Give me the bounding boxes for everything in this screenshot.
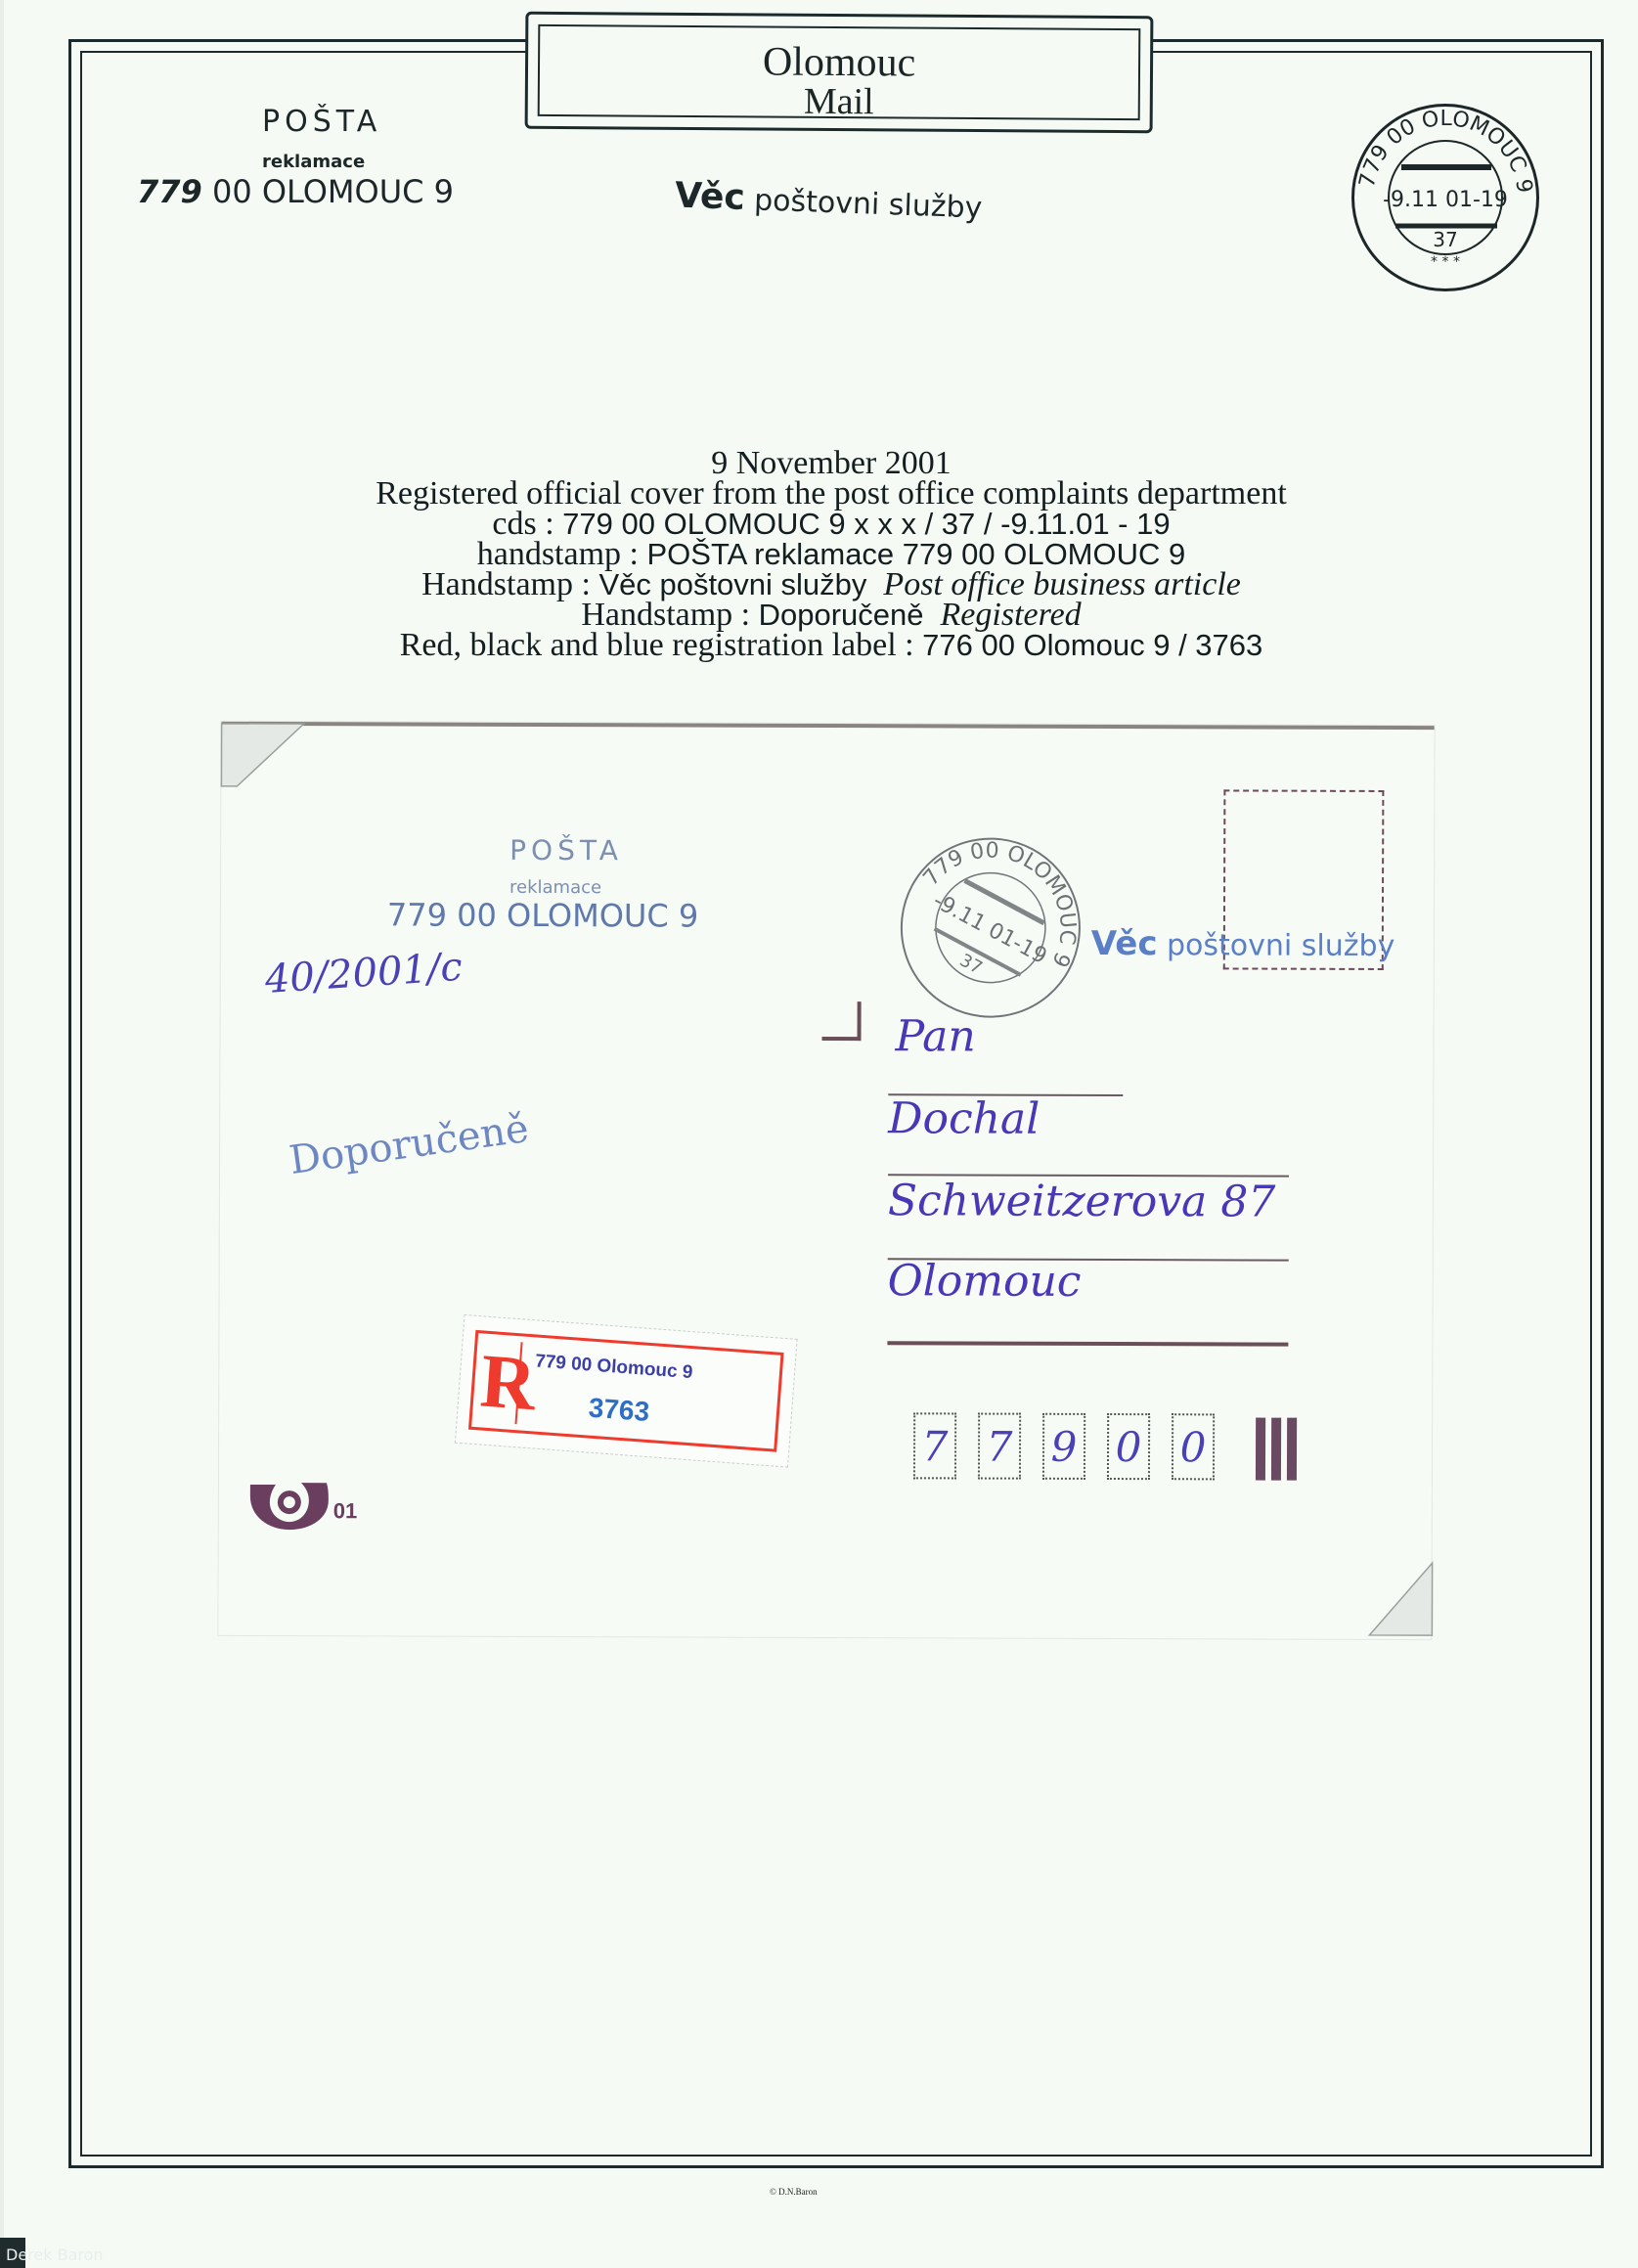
posta-title: POŠTA [262, 105, 381, 139]
envelope-vec-handstamp: Věc poštovni služby [1091, 924, 1395, 964]
page-title-box: Olomouc Mail [525, 12, 1154, 133]
postcode-digit: 0 [1107, 1413, 1150, 1480]
cds-postmark-illustration: -9.11 01-19 37 * * * 779 00 OLOMOUC 9 [1351, 104, 1539, 291]
registration-r-mark: R [478, 1339, 523, 1424]
photo-corner-icon [219, 722, 307, 790]
watermark: Derek Baron [6, 2246, 104, 2264]
logo-number: 01 [333, 1498, 358, 1524]
address-rule [887, 1341, 1288, 1346]
svg-text:* * *: * * * [1431, 254, 1460, 270]
scan-edge [0, 0, 4, 2268]
registration-label: R 779 00 Olomouc 9 3763 [455, 1314, 798, 1468]
doporucene-handstamp: Doporučeně [287, 1106, 531, 1183]
address-line-3: Schweitzerova 87 [888, 1176, 1276, 1226]
postcode-boxes: 7 7 9 0 0 [913, 1412, 1215, 1480]
sorting-bars [1256, 1418, 1297, 1481]
envelope-cover: POŠTA reklamace 779 00 OLOMOUC 9 40/2001… [218, 722, 1434, 1639]
registration-office: 779 00 Olomouc 9 [534, 1351, 693, 1384]
caption-handstamp-doporucene: Handstamp : Doporučeně Registered [196, 600, 1467, 630]
postcode-digit: 0 [1172, 1413, 1215, 1480]
czech-post-horn-icon [248, 1481, 331, 1532]
caption-handstamp-vec: Handstamp : Věc poštovni služby Post off… [196, 569, 1467, 600]
postmark-icon: -9.11 01-19 37 * * * 779 00 OLOMOUC 9 [1354, 107, 1536, 289]
posta-city: 779 00 OLOMOUC 9 [137, 173, 454, 210]
handwritten-reference: 40/2001/c [263, 945, 464, 1002]
photo-corner-icon [1367, 1561, 1436, 1639]
caption-cds: cds : 779 00 OLOMOUC 9 x x x / 37 / -9.1… [196, 509, 1467, 539]
address-line-4: Olomouc [888, 1256, 1082, 1307]
postcode-digit: 7 [913, 1412, 956, 1479]
svg-text:-9.11 01-19: -9.11 01-19 [1383, 188, 1508, 212]
caption-handstamp-posta: handstamp : POŠTA reklamace 779 00 OLOMO… [196, 539, 1467, 569]
page-subtitle: Mail [540, 81, 1138, 122]
cover-description: 9 November 2001 Registered official cove… [196, 448, 1467, 660]
address-line-1: Pan [895, 1011, 975, 1061]
postcode-digit: 9 [1042, 1413, 1085, 1480]
svg-text:779 00 OLOMOUC 9: 779 00 OLOMOUC 9 [1355, 107, 1536, 195]
page-title: Olomouc [540, 40, 1138, 85]
envelope-posta-handstamp: POŠTA reklamace 779 00 OLOMOUC 9 [387, 833, 778, 834]
registration-number: 3763 [588, 1393, 650, 1428]
postcode-digit: 7 [978, 1413, 1021, 1480]
svg-text:37: 37 [1433, 228, 1457, 251]
address-corner-mark [821, 1001, 861, 1041]
caption-registration-label: Red, black and blue registration label :… [196, 630, 1467, 660]
caption-description: Registered official cover from the post … [196, 478, 1467, 509]
copyright-notice: © D.N.Baron [770, 2187, 818, 2197]
address-line-2: Dochal [888, 1093, 1040, 1144]
caption-date: 9 November 2001 [196, 448, 1467, 478]
posta-sub: reklamace [262, 152, 365, 172]
